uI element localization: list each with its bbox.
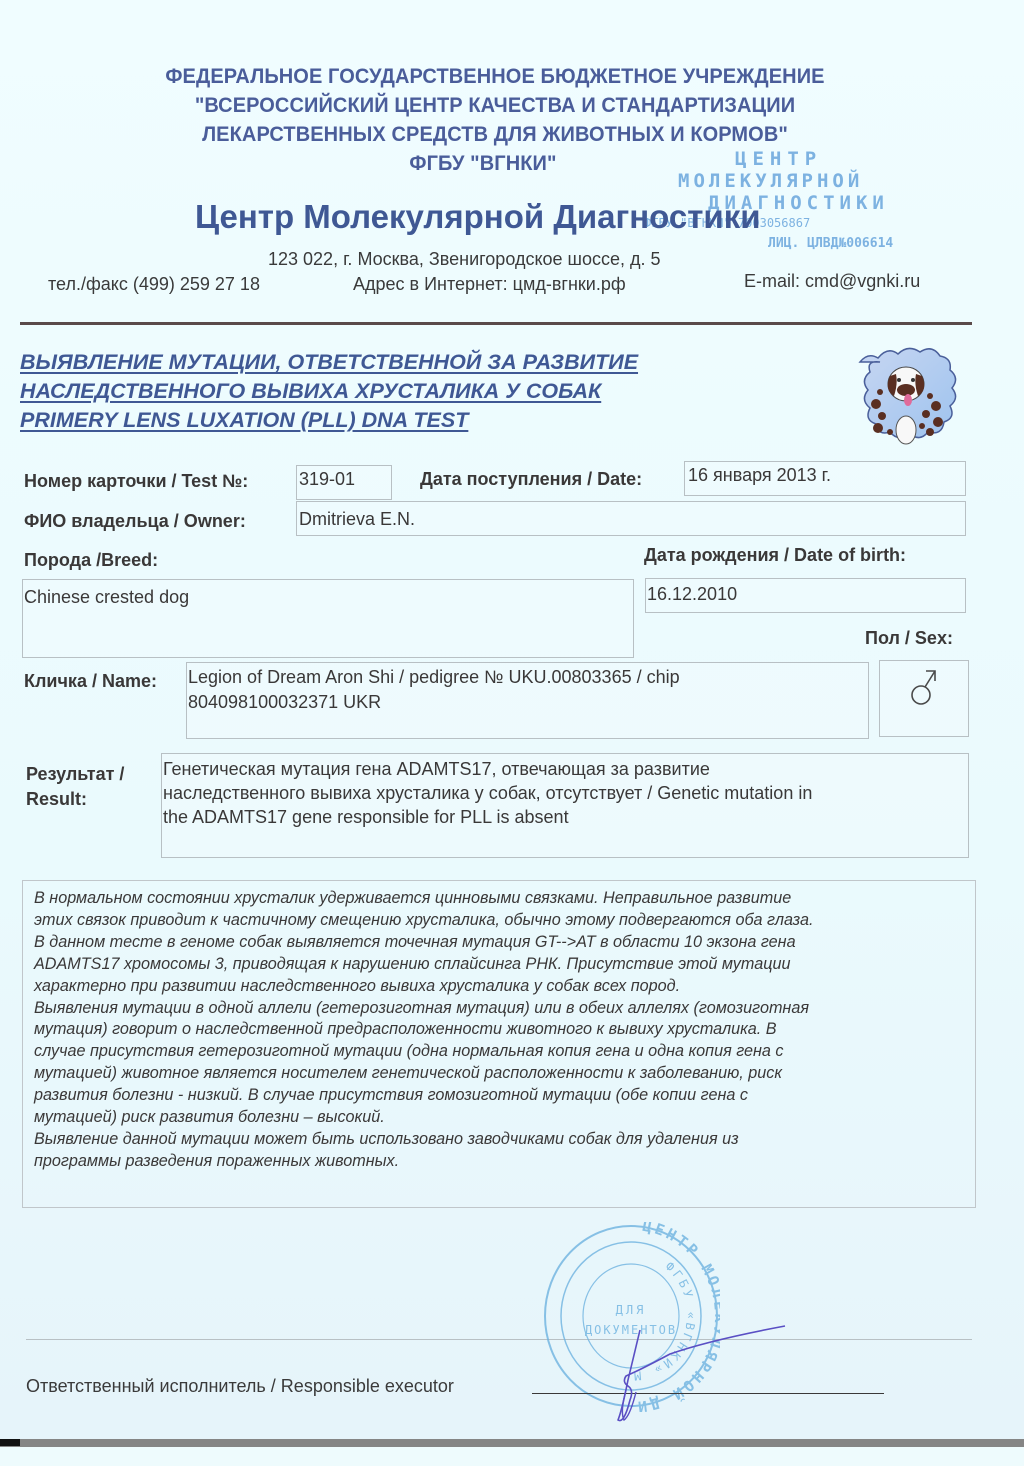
website[interactable]: Адрес в Интернет: цмд-вгнки.рф: [353, 274, 626, 295]
date-value: 16 января 2013 г.: [688, 465, 831, 486]
male-symbol-icon: [905, 663, 945, 711]
result-label-line-1: Результат /: [26, 764, 124, 785]
description-text: В нормальном состоянии хрусталик удержив…: [34, 888, 970, 1173]
dob-value: 16.12.2010: [647, 584, 737, 605]
header-divider: [20, 322, 972, 325]
test-title-line-3: PRIMERY LENS LUXATION (PLL) DNA TEST: [20, 408, 468, 433]
executor-label: Ответственный исполнитель / Responsible …: [26, 1376, 454, 1397]
description-line: В данном тесте в геноме собак выявляется…: [34, 932, 970, 954]
center-name: Центр Молекулярной Диагностики: [195, 198, 761, 236]
owner-value: Dmitrieva E.N.: [299, 509, 415, 530]
stamp-center-line-1: ДЛЯ: [616, 1303, 647, 1317]
description-line: этих связок приводит к частичному смещен…: [34, 910, 970, 932]
org-line-2: "ВСЕРОССИЙСКИЙ ЦЕНТР КАЧЕСТВА И СТАНДАРТ…: [35, 93, 956, 118]
test-title-line-2: НАСЛЕДСТВЕННОГО ВЫВИХА ХРУСТАЛИКА У СОБА…: [20, 379, 601, 404]
sex-label: Пол / Sex:: [865, 628, 953, 649]
owner-label: ФИО владельца / Owner:: [24, 511, 246, 532]
test-no-value: 319-01: [299, 469, 355, 490]
description-line: развития болезни - низкий. В случае прис…: [34, 1085, 970, 1107]
name-value-line-1: Legion of Dream Aron Shi / pedigree № UK…: [188, 667, 680, 688]
signature-icon: [600, 1320, 800, 1430]
result-line-2: наследственного вывиха хрусталика у соба…: [163, 783, 812, 804]
description-line: программы разведения пораженных животных…: [34, 1151, 970, 1173]
result-label-line-2: Result:: [26, 789, 87, 810]
stamp-line: МОЛЕКУЛЯРНОЙ: [678, 170, 863, 192]
description-line: ADAMTS17 хромосомы 3, приводящая к наруш…: [34, 954, 970, 976]
description-line: мутацией) животное является носителем ге…: [34, 1063, 970, 1085]
breed-label: Порода /Breed:: [24, 550, 158, 571]
stamp-line: ЦЕНТР: [735, 148, 822, 170]
description-line: мутацией) риск развития болезни – высоки…: [34, 1107, 970, 1129]
name-label: Кличка / Name:: [24, 671, 157, 692]
test-no-label: Номер карточки / Test №:: [24, 471, 248, 492]
org-line-1: ФЕДЕРАЛЬНОЕ ГОСУДАРСТВЕННОЕ БЮДЖЕТНОЕ УЧ…: [35, 64, 956, 89]
breed-value: Chinese crested dog: [24, 587, 189, 608]
description-line: случае присутствия гетерозиготной мутаци…: [34, 1041, 970, 1063]
dob-label: Дата рождения / Date of birth:: [644, 545, 906, 566]
org-line-3: ЛЕКАРСТВЕННЫХ СРЕДСТВ ДЛЯ ЖИВОТНЫХ И КОР…: [35, 122, 956, 147]
description-line: В нормальном состоянии хрусталик удержив…: [34, 888, 970, 910]
scan-footer-mark: [0, 1439, 20, 1446]
description-line: мутация) говорит о наследственной предра…: [34, 1019, 970, 1041]
stamp-line: ЛИЦ. ЦЛВД№006614: [768, 236, 893, 251]
description-line: Выявление данной мутации может быть испо…: [34, 1129, 970, 1151]
dalmatian-logo-icon: [846, 340, 964, 456]
phone-fax: тел./факс (499) 259 27 18: [48, 274, 260, 295]
email[interactable]: E-mail: cmd@vgnki.ru: [744, 271, 920, 292]
date-label: Дата поступления / Date:: [420, 469, 642, 490]
footer-divider: [26, 1339, 972, 1340]
result-line-1: Генетическая мутация гена ADAMTS17, отве…: [163, 759, 710, 780]
address: 123 022, г. Москва, Звенигородское шоссе…: [268, 249, 661, 270]
description-line: Выявления мутации в одной аллели (гетеро…: [34, 998, 970, 1020]
scan-footer-bar: [0, 1439, 1024, 1447]
name-value-line-2: 804098100032371 UKR: [188, 692, 381, 713]
description-line: характерно при развитии наследственного …: [34, 976, 970, 998]
result-line-3: the ADAMTS17 gene responsible for PLL is…: [163, 807, 569, 828]
test-title-line-1: ВЫЯВЛЕНИЕ МУТАЦИИ, ОТВЕТСТВЕННОЙ ЗА РАЗВ…: [20, 350, 638, 375]
